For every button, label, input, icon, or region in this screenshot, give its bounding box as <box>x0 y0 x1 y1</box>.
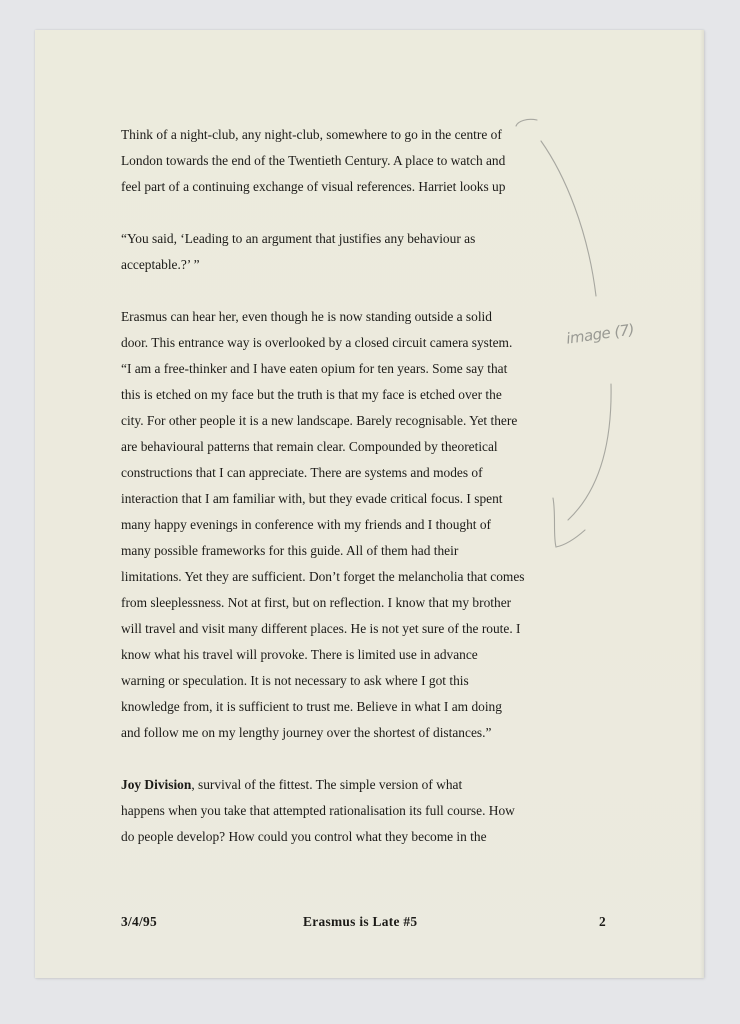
text-line: many possible frameworks for this guide.… <box>121 538 561 564</box>
text-line: Erasmus can hear her, even though he is … <box>121 304 561 330</box>
text-line: are behavioural patterns that remain cle… <box>121 434 561 460</box>
text-line: know what his travel will provoke. There… <box>121 642 561 668</box>
body-text: Think of a night-club, any night-club, s… <box>121 122 561 876</box>
text-line: Joy Division, survival of the fittest. T… <box>121 772 561 798</box>
paragraph-1: Think of a night-club, any night-club, s… <box>121 122 561 200</box>
paragraph-3: Erasmus can hear her, even though he is … <box>121 304 561 746</box>
paper-sheet: Think of a night-club, any night-club, s… <box>35 30 704 978</box>
paragraph-2: “You said, ‘Leading to an argument that … <box>121 226 561 278</box>
text-line: “You said, ‘Leading to an argument that … <box>121 226 561 252</box>
text-line: from sleeplessness. Not at first, but on… <box>121 590 561 616</box>
text-line: city. For other people it is a new lands… <box>121 408 561 434</box>
text-line: interaction that I am familiar with, but… <box>121 486 561 512</box>
page-number: 2 <box>599 914 606 930</box>
paragraph-4: Joy Division, survival of the fittest. T… <box>121 772 561 850</box>
text-line: knowledge from, it is sufficient to trus… <box>121 694 561 720</box>
text-line: Think of a night-club, any night-club, s… <box>121 122 561 148</box>
text-line: warning or speculation. It is not necess… <box>121 668 561 694</box>
footer-date: 3/4/95 <box>121 914 157 930</box>
text-line: will travel and visit many different pla… <box>121 616 561 642</box>
text-line: many happy evenings in conference with m… <box>121 512 561 538</box>
text-line: do people develop? How could you control… <box>121 824 561 850</box>
text-line: “I am a free-thinker and I have eaten op… <box>121 356 561 382</box>
text-line: this is etched on my face but the truth … <box>121 382 561 408</box>
text-line: acceptable.?’ ” <box>121 252 561 278</box>
text-line: happens when you take that attempted rat… <box>121 798 561 824</box>
band-name-bold: Joy Division <box>121 777 191 792</box>
text-line: constructions that I can appreciate. The… <box>121 460 561 486</box>
text-fragment: , survival of the fittest. The simple ve… <box>191 777 462 792</box>
text-line: and follow me on my lengthy journey over… <box>121 720 561 746</box>
text-line: feel part of a continuing exchange of vi… <box>121 174 561 200</box>
text-line: London towards the end of the Twentieth … <box>121 148 561 174</box>
text-line: door. This entrance way is overlooked by… <box>121 330 561 356</box>
footer-title: Erasmus is Late #5 <box>303 914 417 930</box>
text-line: limitations. Yet they are sufficient. Do… <box>121 564 561 590</box>
